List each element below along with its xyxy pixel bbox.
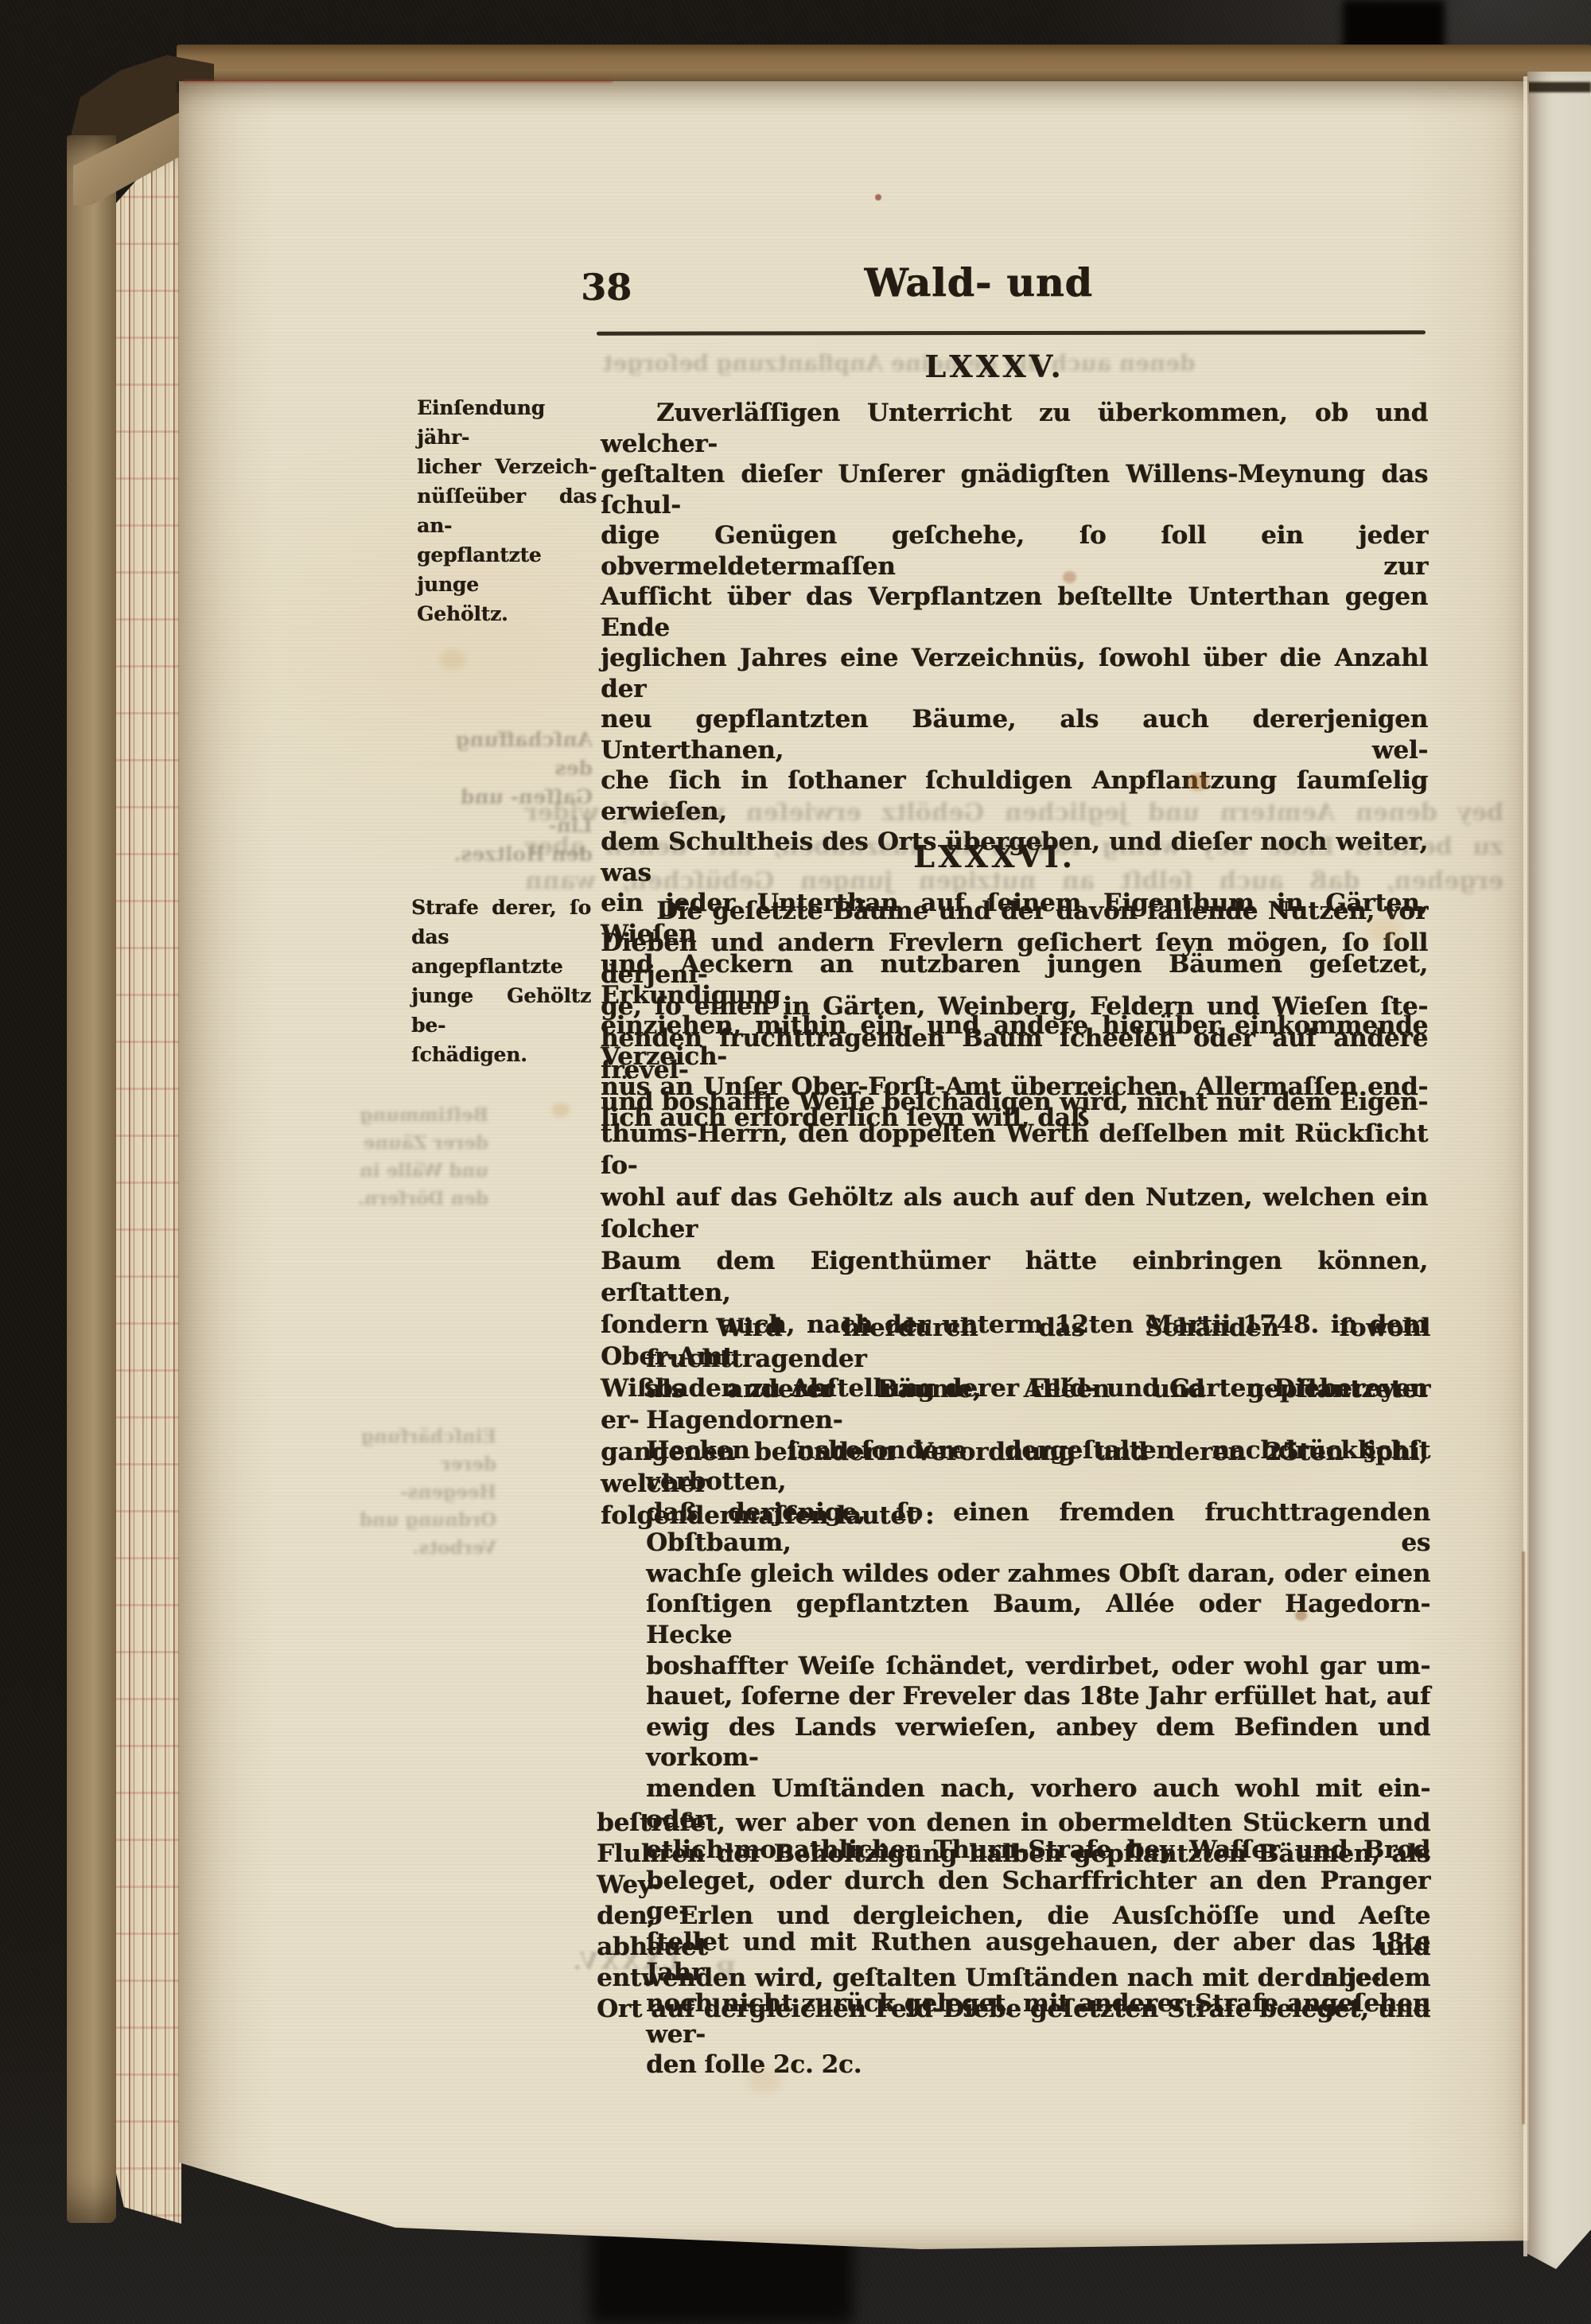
text-line: gepflantzte junge — [417, 540, 597, 599]
text-line: Gaſſen- und Lin- — [411, 783, 593, 840]
page-fold-crease-stain — [1522, 1551, 1525, 2124]
text-line: das angepflantzte — [411, 922, 591, 981]
text-line: Zuverläſſigen Unterricht zu überkommen, … — [601, 398, 1428, 459]
text-line: ge, ſo einen in Gärten, Weinberg, Felder… — [601, 991, 1428, 1022]
text-line: den Holtzes. — [411, 840, 593, 869]
margin-note-lxxxv: Einſendung jähr-licher Verzeich-nüſſeübe… — [417, 393, 597, 629]
text-line: ſonſtigen gepflantzten Baum, Allée oder … — [646, 1589, 1430, 1650]
text-line: licher Verzeich- — [417, 452, 597, 481]
text-line: Wird hierdurch das Schänden ſowohl fruch… — [646, 1313, 1430, 1374]
text-line: junge Gehöltz be- — [411, 981, 591, 1040]
page-edge-stack — [116, 130, 181, 2224]
text-line: wohl auf das Gehöltz als auch auf den Nu… — [601, 1181, 1428, 1245]
book-scan-photo: denen auch die gemeine Anpflantzung beſo… — [0, 0, 1591, 2324]
text-line: Hecken insbeſondere dergeſtalten nachdrü… — [646, 1435, 1430, 1497]
text-line: Einſchärfung — [352, 1423, 496, 1450]
text-line: wachſe gleich wildes oder zahmes Obſt da… — [646, 1559, 1430, 1590]
text-line: neu gepflantzten Bäume, als auch dererje… — [601, 704, 1428, 765]
text-line: und Wälle in — [352, 1157, 488, 1185]
text-line: jeglichen Jahres eine Verzeichnüs, ſowoh… — [601, 643, 1428, 704]
text-line: Ordnung und — [352, 1506, 496, 1534]
text-line: geſtalten dieſer Unſerer gnädigſten Will… — [601, 459, 1428, 520]
text-line: Fluhren der Beholtzigung halben gepflant… — [597, 1839, 1430, 1901]
closing-paragraph: beſtrafet, wer aber von denen in obermel… — [597, 1808, 1430, 2025]
text-line: den, Erlen und dergleichen, die Ausſchöſ… — [597, 1901, 1430, 1963]
showthrough-margin-note: Beſtimmungderer Zäuneund Wälle inden Dör… — [352, 1101, 488, 1213]
text-line: daß derjenige, ſo einen fremden fruchttr… — [646, 1497, 1430, 1559]
text-line: Dieben und andern Frevlern geſichert ſey… — [601, 927, 1428, 991]
text-line: ſchädigen. — [411, 1040, 591, 1069]
text-line: dige Genügen geſchehe, ſo ſoll ein jeder… — [601, 520, 1428, 582]
fore-edge-red-tint — [183, 80, 613, 83]
section-heading-lxxxvi: LXXXVI. — [573, 839, 1416, 874]
text-line: Strafe derer, ſo — [411, 893, 591, 922]
showthrough-margin-note: Anſchaffung desGaſſen- und Lin-den Holtz… — [411, 726, 593, 869]
text-line: Beſtimmung — [352, 1101, 488, 1129]
text-line: Anſchaffung des — [411, 726, 593, 783]
text-line: und boshaffte Weiſe beſchädigen wird, ni… — [601, 1086, 1428, 1118]
text-line: den ſolle 2c. 2c. — [646, 2050, 1430, 2081]
text-line: als anderer Bäume, Alléen und gepflantze… — [646, 1374, 1430, 1435]
text-line: Baum dem Eigenthümer hätte einbringen kö… — [601, 1245, 1428, 1309]
text-line: che ſich in ſothaner ſchuldigen Anpflant… — [601, 765, 1428, 827]
text-line: derer Heegens- — [352, 1450, 496, 1506]
text-line: Aufſicht über das Verpflantzen beſtellte… — [601, 582, 1428, 643]
text-line: thums-Herrn, den doppelten Werth deſſelb… — [601, 1118, 1428, 1181]
text-line: Ort auf dergleichen Feld-Diebe geſetzten… — [597, 1994, 1430, 2025]
text-line: derer Zäune — [352, 1129, 488, 1157]
text-line: henden fruchttragenden Baum ſcheelen ode… — [601, 1022, 1428, 1086]
text-line: ewig des Lands verwieſen, anbey dem Befi… — [646, 1712, 1430, 1773]
text-line: den Dörfern. — [352, 1185, 488, 1213]
section-heading-lxxxv: LXXXV. — [573, 348, 1416, 384]
text-line: boshaffter Weiſe ſchändet, verdirbet, od… — [646, 1651, 1430, 1682]
book-cover-edge — [67, 135, 116, 2223]
catchword: dabe- — [1305, 1964, 1448, 1992]
text-line: beſtrafet, wer aber von denen in obermel… — [597, 1808, 1430, 1839]
text-line: Gehöltz. — [417, 599, 597, 629]
text-line: nüſſeüber das an- — [417, 481, 597, 540]
text-line: Einſendung jähr- — [417, 393, 597, 452]
text-line: Die geſetzte Bäume und der davon fallend… — [601, 895, 1428, 927]
next-page-edge — [1527, 72, 1591, 2269]
showthrough-margin-note: Einſchärfungderer Heegens-Ordnung undVer… — [352, 1423, 496, 1562]
running-title: Wald- und — [557, 259, 1400, 306]
text-line: Verbots. — [352, 1534, 496, 1562]
text-line: hauet, ſoferne der Freveler das 18te Jah… — [646, 1681, 1430, 1712]
margin-note-lxxxvi: Strafe derer, ſodas angepflantztejunge G… — [411, 893, 591, 1069]
